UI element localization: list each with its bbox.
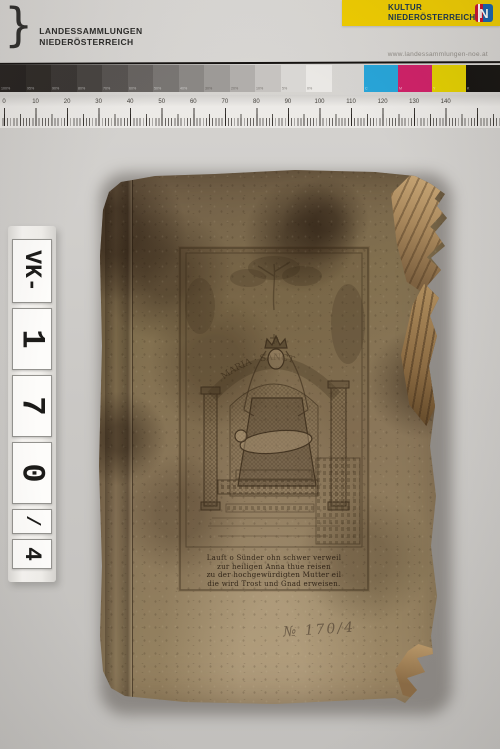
grayscale-step: 50% <box>153 65 179 92</box>
photo-stage: } LANDESSAMMLUNGEN NIEDERÖSTERREICH KULT… <box>0 0 500 749</box>
engraving: MARIA · SANCT <box>178 246 370 592</box>
engraving-art: MARIA · SANCT <box>178 246 370 592</box>
book-cover: MARIA · SANCT <box>95 166 450 711</box>
verse-line: zur heiligen Anna thue reisen <box>187 563 361 572</box>
grayscale-step: 95% <box>26 65 52 92</box>
cmyk-patch-label: M <box>399 87 402 91</box>
cmyk-patch: M <box>398 65 432 92</box>
grayscale-step-label: 5% <box>282 87 287 91</box>
ruler-number: 30 <box>95 99 102 105</box>
inventory-chip: 7 <box>12 375 52 437</box>
grayscale-step: 40% <box>179 65 205 92</box>
cmyk-patch: Y <box>432 65 466 92</box>
grayscale-step-label: 70% <box>103 87 110 91</box>
kultur-banner-text: KULTUR NIEDERÖSTERREICH <box>388 3 475 22</box>
grayscale-step: 20% <box>230 65 256 92</box>
grayscale-step: 30% <box>204 65 230 92</box>
grayscale-step-label: 80% <box>78 87 85 91</box>
cmyk-patch: K <box>466 65 500 92</box>
cmyk-patch-label: Y <box>433 87 435 91</box>
grayscale-step-label: 95% <box>27 87 34 91</box>
bracket-icon: } <box>4 2 33 48</box>
ruler-number: 80 <box>253 99 260 105</box>
grayscale-step: 90% <box>51 65 77 92</box>
ruler-number: 130 <box>409 99 419 105</box>
ruler-ticks-major <box>0 108 500 126</box>
website-url: www.landessammlungen-noe.at <box>388 51 488 58</box>
book-spine-crease <box>105 166 133 711</box>
ruler-number: 90 <box>285 99 292 105</box>
grayscale-step-label: 100% <box>1 87 10 91</box>
grayscale-step-label: 90% <box>52 87 59 91</box>
ruler-number: 10 <box>32 99 39 105</box>
grayscale-step: 0% <box>306 65 332 92</box>
ruler-number: 50 <box>158 99 165 105</box>
grayscale-step: 10% <box>255 65 281 92</box>
kultur-line1: KULTUR <box>388 3 475 13</box>
brand-line1: LANDESSAMMLUNGEN <box>39 26 142 37</box>
ruler-number: 70 <box>222 99 229 105</box>
ruler-number: 0 <box>2 99 5 105</box>
verse-block: Lauft o Sünder ohn schwer verweilzur hei… <box>187 554 361 588</box>
grayscale-step-label: 0% <box>307 87 312 91</box>
inventory-chip-text: 4 <box>19 547 45 561</box>
grayscale-strip: 100%95%90%80%70%60%50%40%30%20%10%5%0% <box>0 65 332 92</box>
grayscale-step: 70% <box>102 65 128 92</box>
brand-line2: NIEDERÖSTERREICH <box>39 37 142 48</box>
grayscale-step-label: 20% <box>231 87 238 91</box>
inventory-chip: 4 <box>12 539 52 569</box>
cmyk-patch-label: C <box>365 87 368 91</box>
kultur-niederoesterreich-banner: KULTUR NIEDERÖSTERREICH N <box>342 0 500 26</box>
inventory-chip-text: / <box>21 516 43 527</box>
inventory-chip-text: VK- <box>19 250 45 291</box>
grayscale-step: 80% <box>77 65 103 92</box>
ruler-number: 20 <box>64 99 71 105</box>
grayscale-step-label: 50% <box>154 87 161 91</box>
ruler-number: 120 <box>378 99 388 105</box>
church-facade <box>218 480 318 494</box>
inventory-chip: VK- <box>12 239 52 303</box>
inventory-chip: 1 <box>12 308 52 370</box>
landessammlungen-logo-text: LANDESSAMMLUNGEN NIEDERÖSTERREICH <box>39 26 142 47</box>
grayscale-step: 60% <box>128 65 154 92</box>
cmyk-patch: C <box>364 65 398 92</box>
kultur-line2: NIEDERÖSTERREICH <box>388 13 475 23</box>
grayscale-step: 5% <box>281 65 307 92</box>
ruler-number: 60 <box>190 99 197 105</box>
verse-line: zu der hochgewürdigten Mutter eil <box>187 571 361 580</box>
inventory-label-strip: VK-170/4 <box>8 226 56 582</box>
inventory-chip-text: 7 <box>14 396 51 415</box>
grayscale-step-label: 30% <box>205 87 212 91</box>
grayscale-step-label: 10% <box>256 87 263 91</box>
ruler-number: 140 <box>441 99 451 105</box>
landessammlungen-logo: } LANDESSAMMLUNGEN NIEDERÖSTERREICH <box>4 0 143 48</box>
ruler-number: 110 <box>346 99 356 105</box>
grayscale-step-label: 40% <box>180 87 187 91</box>
noe-n-letter: N <box>479 7 488 20</box>
noe-n-logo-icon: N <box>475 4 493 22</box>
verse-line: die wird Trost und Gnad erweisen. <box>187 580 361 589</box>
ruler-number: 40 <box>127 99 134 105</box>
cmyk-patch-label: K <box>467 87 469 91</box>
grayscale-step: 100% <box>0 65 26 92</box>
inventory-chip-text: 1 <box>14 329 51 348</box>
inventory-chip-text: 0 <box>14 463 51 482</box>
ruler-ticks <box>0 107 500 126</box>
grayscale-step-label: 60% <box>129 87 136 91</box>
inventory-chip: / <box>12 509 52 534</box>
ruler-number: 100 <box>314 99 324 105</box>
cmyk-strip: CMYK <box>364 65 500 92</box>
ruler: 0102030405060708090100110120130140 <box>0 95 500 128</box>
inventory-chip: 0 <box>12 442 52 504</box>
church-building <box>316 458 360 544</box>
verse-line: Lauft o Sünder ohn schwer verweil <box>187 554 361 563</box>
